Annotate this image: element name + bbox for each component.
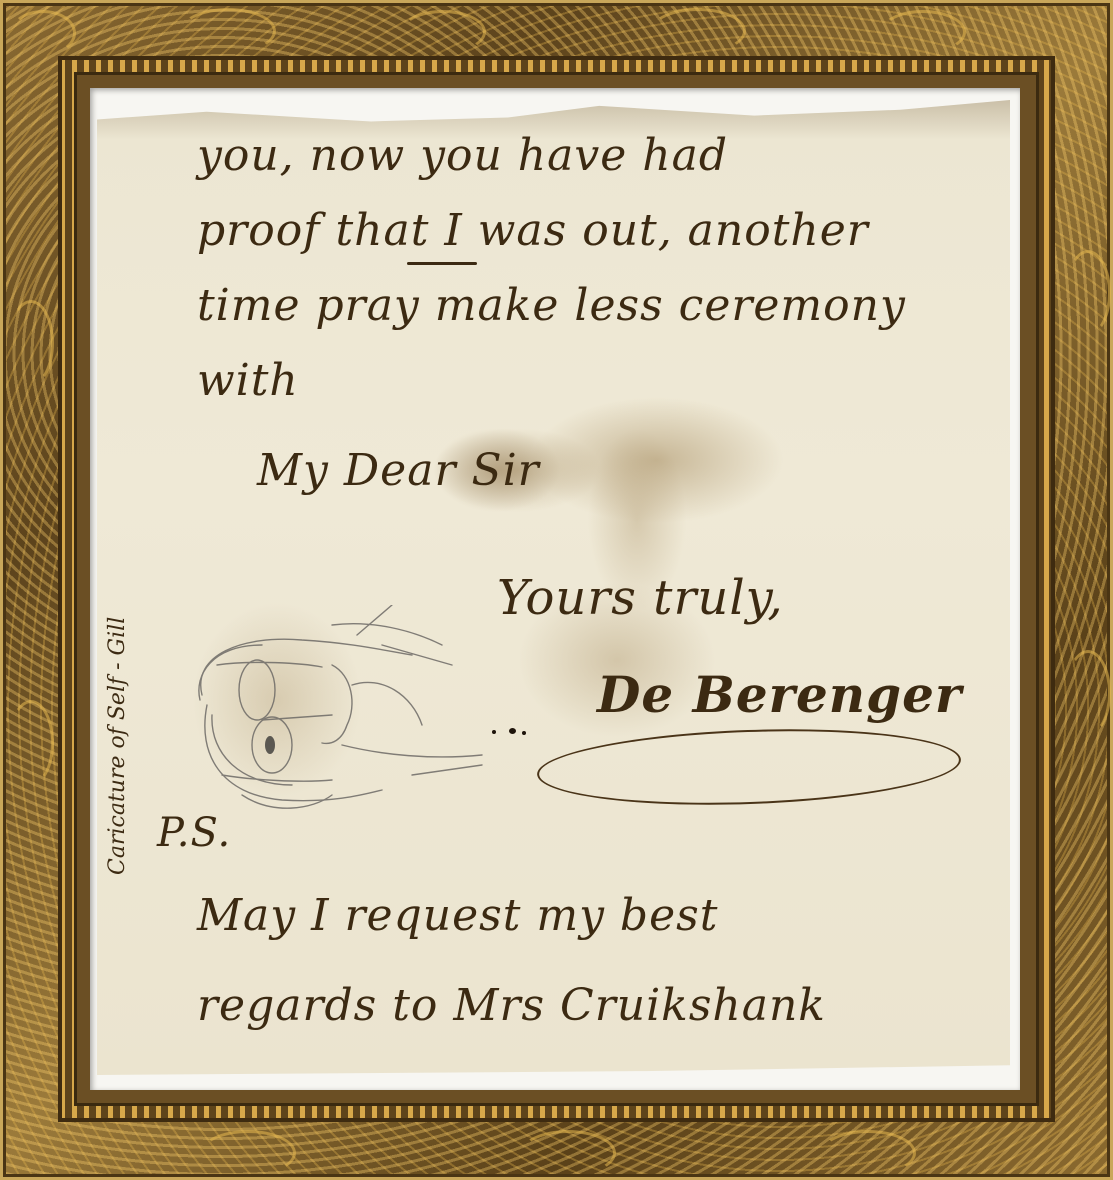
letter-line-4: with xyxy=(197,355,299,406)
frame-ornament xyxy=(8,700,54,786)
postscript-label: P.S. xyxy=(157,810,231,856)
frame-ornament xyxy=(200,1130,296,1176)
ink-blot xyxy=(522,731,526,735)
frame-ornament xyxy=(650,8,746,54)
letter-line-2: proof that I was out, another xyxy=(197,205,869,256)
frame-ornament xyxy=(520,1130,616,1176)
sketch-eye xyxy=(265,736,275,754)
postscript-line-1: May I request my best xyxy=(197,890,718,941)
frame-ornament xyxy=(10,10,76,56)
margin-note-vertical: Caricature of Self - Gill xyxy=(105,617,130,875)
letter-paper: you, now you have had proof that I was o… xyxy=(97,100,1010,1075)
signature-flourish xyxy=(536,723,962,812)
frame-ornament xyxy=(880,10,966,54)
closing: Yours truly, xyxy=(497,570,784,626)
frame-ornament xyxy=(1065,650,1111,736)
letter-line-3: time pray make less ceremony xyxy=(197,280,906,331)
ornate-gilt-frame: you, now you have had proof that I was o… xyxy=(0,0,1113,1180)
frame-ornament xyxy=(820,1130,916,1176)
salutation: My Dear Sir xyxy=(257,445,540,496)
underline-mark xyxy=(407,262,477,265)
frame-ornament xyxy=(1065,250,1111,336)
frame-ornament xyxy=(400,10,486,54)
signature: De Berenger xyxy=(597,665,962,724)
frame-ornament xyxy=(180,8,276,54)
ink-blot xyxy=(509,728,516,734)
pencil-sketch-caricature xyxy=(182,605,502,825)
letter-line-1: you, now you have had xyxy=(197,130,728,181)
frame-ornament xyxy=(8,300,54,386)
postscript-line-2: regards to Mrs Cruikshank xyxy=(197,980,826,1031)
